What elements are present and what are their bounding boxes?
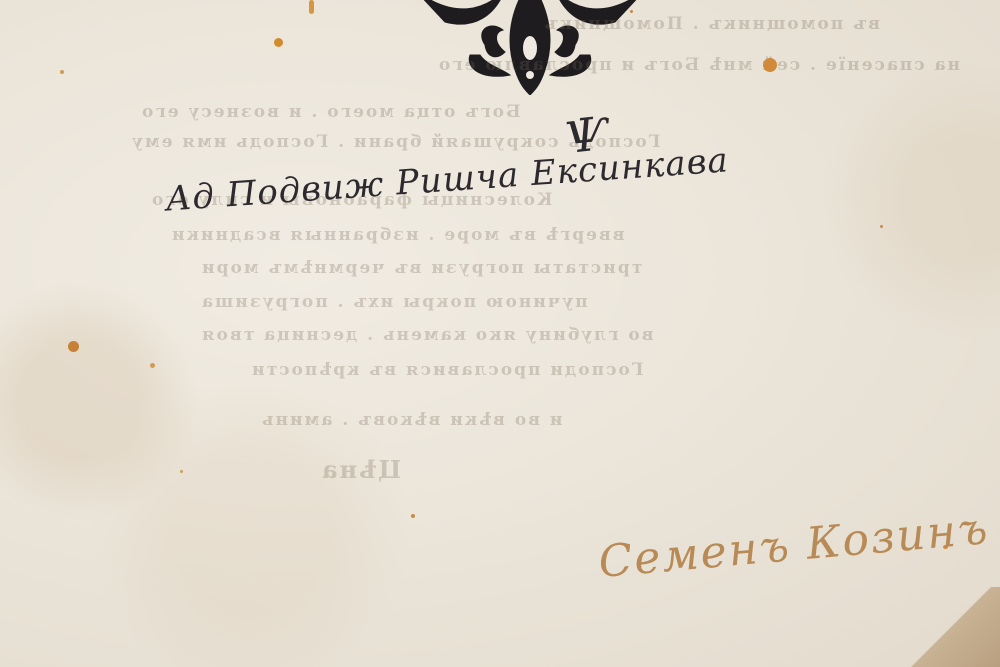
foxing-stain [411,514,415,518]
foxing-stain [880,225,883,228]
foxing-stain [309,0,314,14]
foxing-stain [763,58,777,72]
bleed-through-line: на спасенїе . сей мнѣ Богъ и прославлю е… [630,55,960,75]
bleed-through-line: ввергѣ въ море . избранныя всадники [170,225,930,245]
foxing-stain [180,470,183,473]
foxing-stain [60,70,64,74]
bleed-through-line: въ помощникъ . Помощникъ [650,14,880,34]
manuscript-page: въ помощникъ . Помощникъ на спасенїе . с… [0,0,1000,667]
bleed-through-line: тристаты погрузи въ чермнѣмъ мори [200,258,920,278]
handwritten-monogram: Ѱ [562,106,611,164]
bleed-through-line: Господи прославися въ крѣпости [250,360,870,380]
bleed-through-line: Господь сокрушаяй брани . Господь имя ем… [130,132,930,152]
bleed-through-line: Цѣна [320,455,460,484]
foxing-stain [68,341,79,352]
foxing-stain [150,363,155,368]
bleed-through-line: и во вѣки вѣковъ . аминь [260,410,630,430]
foxing-stain [943,545,948,549]
bleed-through-line: пучиною покры ихъ . погрузиша [200,292,920,312]
foxing-stain [630,10,633,13]
page-corner-shadow [880,587,1000,667]
foxing-stain [274,38,283,47]
bleed-through-line: во глубину яко камень . десница твоя [200,325,920,345]
bleed-through-line: Богъ отца моего . и вознесу его [140,102,920,122]
brown-ink-signature: Семенъ Козинъ [597,503,992,588]
